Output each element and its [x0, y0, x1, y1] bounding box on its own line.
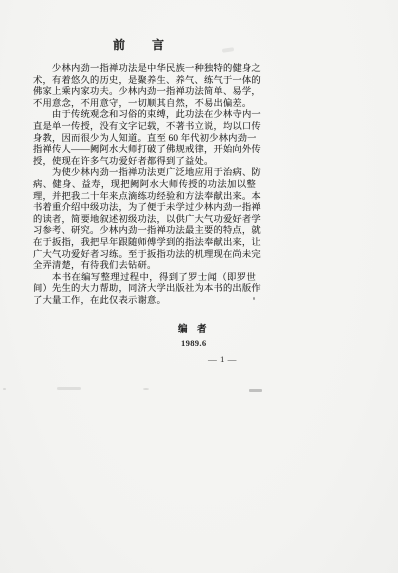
editor-signature: 编 者: [178, 325, 256, 337]
body-line: 在于扳指，我把早年跟随师傅学到的指法奉献出来，让: [33, 238, 256, 250]
page-number: — 1 —: [208, 354, 256, 364]
scanned-book-page: 前 言 少林内劲一指禅功法是中华民族一种独特的健身之 术，有着悠久的历史，是聚养…: [0, 0, 398, 573]
body-line: 理，并把我二十年来点滴练功经验和方法奉献出来。本: [33, 192, 256, 204]
body-line: 由于传统观念和习俗的束缚，此功法在少林寺内一: [33, 110, 256, 122]
page-title: 前 言: [113, 38, 256, 52]
scan-speck: [3, 388, 6, 390]
body-line: 习参考、研究。少林内劲一指禅功法最主要的特点，就: [33, 226, 256, 238]
body-line: 间）先生的大力帮助，同济大学出版社为本书的出版作: [33, 284, 256, 296]
page-content: 前 言 少林内劲一指禅功法是中华民族一种独特的健身之 术，有着悠久的历史，是聚养…: [33, 38, 256, 364]
body-line: 佛家上乘内家功夫。少林内劲一指禅功法简单、易学，: [33, 87, 256, 99]
body-line: 直是单一传授，没有文字记载，不著书立说，均以口传: [33, 122, 256, 134]
body-line: 书着重介绍中级功法，为了便于未学过少林内劲一指禅: [33, 203, 256, 215]
scan-speck: [253, 297, 255, 300]
body-line: 病、健身、益寿，现把阙阿水大师传授的功法加以整: [33, 180, 256, 192]
body-line: 的读者，简要地叙述初级功法，以供广大气功爱好者学: [33, 215, 256, 227]
body-line: 了大量工作，在此仅表示谢意。: [33, 296, 256, 308]
scan-speck: [249, 389, 262, 392]
body-line: 少林内劲一指禅功法是中华民族一种独特的健身之: [33, 64, 256, 76]
scan-speck: [57, 387, 81, 390]
publication-date: 1989.6: [181, 338, 256, 348]
preface-body: 少林内劲一指禅功法是中华民族一种独特的健身之 术，有着悠久的历史，是聚养生、养气…: [33, 64, 256, 307]
body-line: 授，使现在许多气功爱好者都得到了益处。: [33, 157, 256, 169]
body-line: 为使少林内劲一指禅功法更广泛地应用于治病、防: [33, 168, 256, 180]
body-line: 不用意念，不用意守，一切顺其自然，不易出偏差。: [33, 99, 256, 111]
body-line: 全弄清楚，有待我们去钻研。: [33, 261, 256, 273]
body-line: 本书在编写整理过程中，得到了罗士闻（即罗世: [33, 273, 256, 285]
body-line: 广大气功爱好者习练。至于扳指功法的机理现在尚未完: [33, 250, 256, 262]
body-line: 术，有着悠久的历史，是聚养生、养气、练气于一体的: [33, 76, 256, 88]
scan-speck: [143, 388, 149, 390]
body-line: 指禅传人——阙阿水大师打破了佛规戒律，开始向外传: [33, 145, 256, 157]
body-line: 身教，因而很少为人知道。直至 60 年代初少林内劲一: [33, 134, 256, 146]
